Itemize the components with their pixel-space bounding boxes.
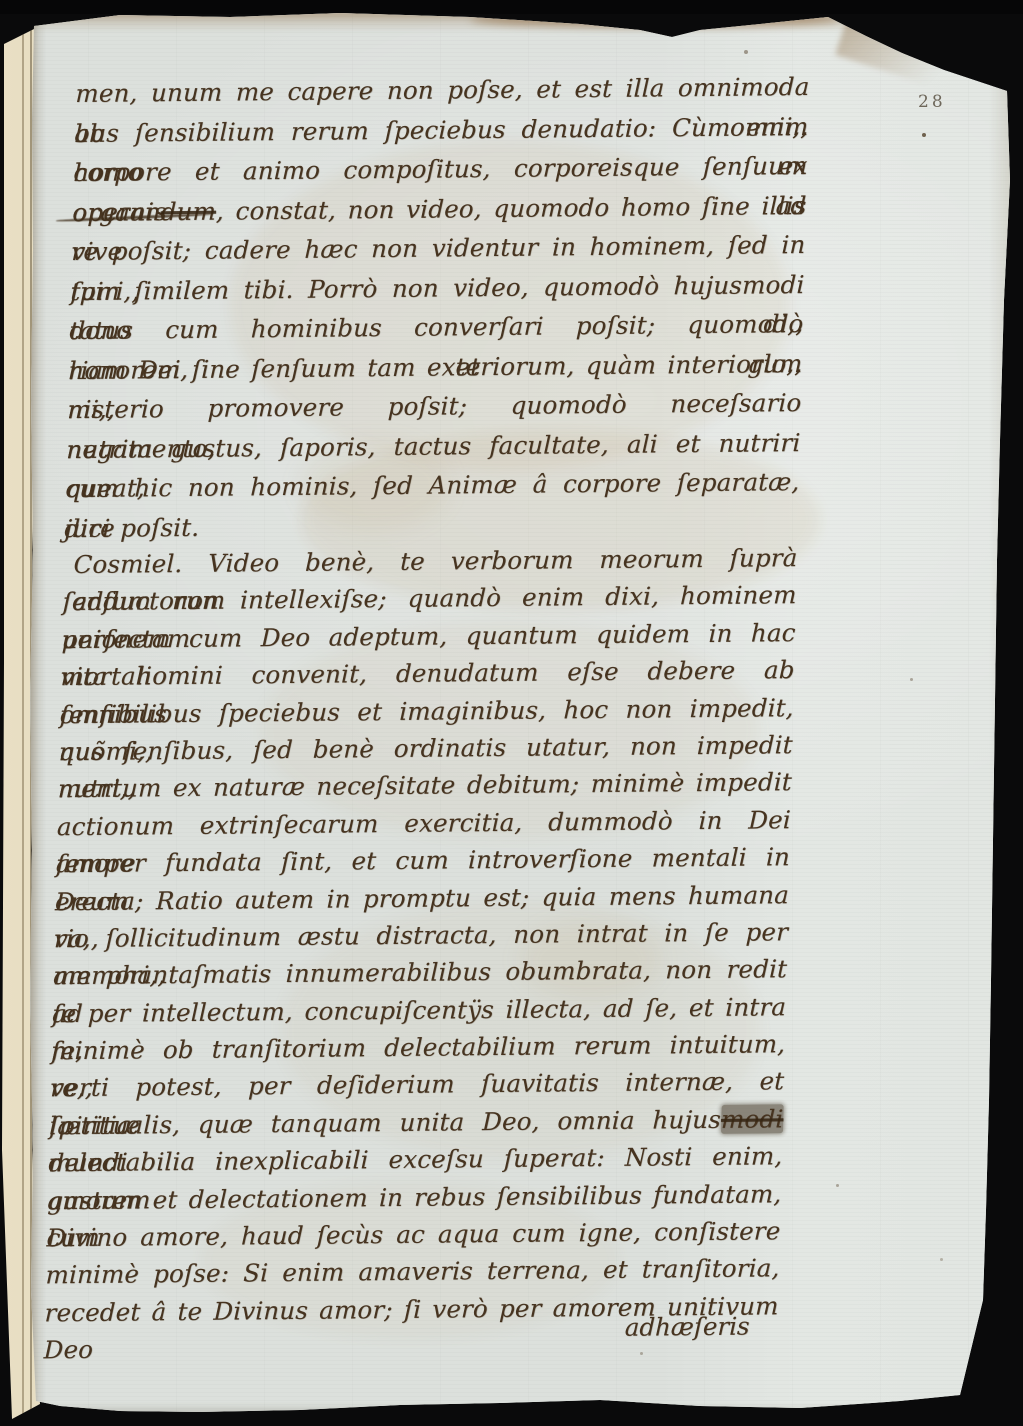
ink-speck [640, 1352, 643, 1355]
manuscript-line: cum hic non hominis, ſed Animæ â corpore… [65, 462, 800, 509]
manuscript-text-segment: Divino amore, haud ſecùs ac aqua cum ign… [46, 1216, 781, 1252]
manuscript-line: ſemper fundata ſint, et cum introverſion… [56, 838, 791, 882]
manuscript-text-segment: dici poſsit. [64, 512, 200, 542]
ink-speck [836, 1184, 839, 1187]
manuscript-paragraph: Cosmiel. Video benè, te verborum meorum … [44, 539, 798, 1331]
page-edge-crease [22, 0, 24, 1426]
ink-speck [940, 1258, 943, 1261]
manuscript-page: 28 men, unum me capere non poſse, et est… [0, 0, 1023, 1426]
manuscript-text-segment: modi [721, 1104, 784, 1134]
manuscript-text-segment: mentum ex naturæ neceſsitate debitum; mi… [58, 768, 793, 804]
manuscript-line: nisterio promovere poſsit; quomodò neceſ… [67, 383, 802, 430]
ink-speck [910, 678, 913, 681]
top-edge-stain [470, 12, 840, 28]
photographed-manuscript: 28 men, unum me capere non poſse, et est… [0, 0, 1023, 1426]
manuscript-line: vita homini convenit, denudatum eſse deb… [60, 651, 795, 695]
right-edge-shadow [989, 80, 1015, 1406]
manuscript-lines: men, unum me capere non poſse, et est il… [44, 67, 810, 1332]
manuscript-line: delectabilia inexplicabili exceſsu ſuper… [48, 1138, 783, 1182]
manuscript-text-segment: ſpiritualis, quæ tanquam unita Deo, omni… [49, 1105, 721, 1140]
page-number: 28 [918, 92, 946, 112]
manuscript-line: corpore et animo compoſitus, corporeisqu… [73, 146, 808, 193]
ink-speck [744, 50, 748, 54]
bottom-edge-shadow [30, 1404, 993, 1418]
catchword: adhæſeris [75, 1311, 810, 1347]
manuscript-text-segment: minimè poſse: Si enim amaveris terrena, … [45, 1254, 780, 1290]
manuscript-paragraph: men, unum me capere non poſse, et est il… [64, 67, 810, 548]
manuscript-text-segment: dum [160, 196, 216, 226]
manuscript-text-segment: operan [72, 197, 161, 227]
ink-speck [922, 133, 926, 137]
manuscript-line: men, unum me capere non poſse, et est il… [75, 67, 810, 114]
manuscript-line: re poſsit; cadere hæc non videntur in ho… [71, 225, 806, 272]
manuscript-line: tatus cum hominibus converſari poſsit; q… [69, 304, 804, 351]
